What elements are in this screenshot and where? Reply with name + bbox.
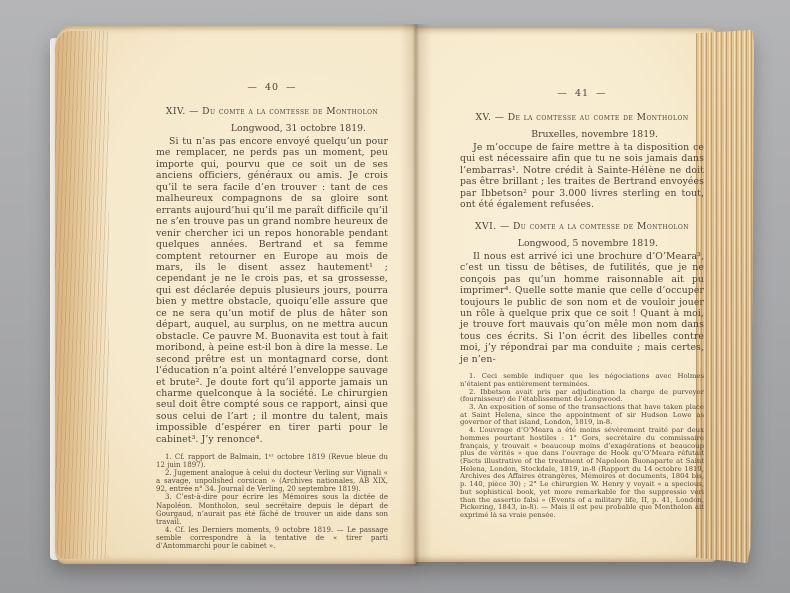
footnotes: 1. Ceci semble indiquer que les négociat… [460,373,704,519]
right-page-text: — 41 — XV. — De la comtesse au comte de … [460,88,704,520]
dateline: Longwood, 31 octobre 1819. [156,123,388,134]
open-book: — 40 — XIV. — Du comte a la comtesse de … [50,24,756,566]
page-stack-edge [696,30,754,563]
dateline: Bruxelles, novembre 1819. [460,129,704,140]
section-heading: XVI. — Du comte a la comtesse de Monthol… [460,221,704,232]
footnote: 4. L’ouvrage d’O’Meara a été moins sévèr… [460,427,704,519]
letter-body: Je m’occupe de faire mettre à ta disposi… [460,142,704,211]
dateline: Longwood, 5 novembre 1819. [460,238,704,249]
page-number: — 41 — [460,88,704,99]
letter-section-xvi: XVI. — Du comte a la comtesse de Monthol… [460,221,704,366]
letter-body: Si tu n’as pas encore envoyé quelqu’un p… [156,136,388,445]
footnote: 3. An exposition of some of the transact… [460,404,704,427]
footnote: 4. Cf. les Derniers moments, 9 octobre 1… [156,526,388,550]
section-heading: XIV. — Du comte a la comtesse de Monthol… [156,106,388,117]
letter-section-xiv: XIV. — Du comte a la comtesse de Monthol… [156,106,388,445]
footnote: 1. Ceci semble indiquer que les négociat… [460,373,704,388]
book-spine-gutter [400,24,432,566]
footnotes: 1. Cf. rapport de Balmain, 1ᵉʳ octobre 1… [156,453,388,550]
section-heading: XV. — De la comtesse au comte de Monthol… [460,112,704,123]
left-page-text: — 40 — XIV. — Du comte a la comtesse de … [156,82,388,550]
footnote: 3. C’est-à-dire pour écrire les Mémoires… [156,493,388,525]
footnote: 2. Ibbetson avait pris par adjudication … [460,389,704,404]
letter-section-xv: XV. — De la comtesse au comte de Monthol… [460,112,704,211]
page-number: — 40 — [156,82,388,93]
photo-backdrop: — 40 — XIV. — Du comte a la comtesse de … [0,0,790,593]
letter-body: Il nous est arrivé ici une brochure d’O’… [460,251,704,366]
footnote: 1. Cf. rapport de Balmain, 1ᵉʳ octobre 1… [156,453,388,469]
footnote: 2. Jugement analogue à celui du docteur … [156,469,388,493]
